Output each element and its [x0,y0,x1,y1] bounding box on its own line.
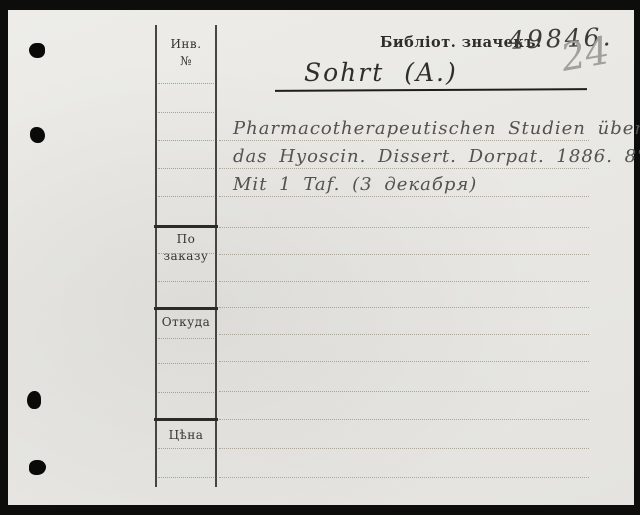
ruled-line [219,391,589,392]
punch-hole [29,43,45,58]
title-line: Pharmacotherapeutischen Studien über [233,118,640,139]
ruled-line [219,168,589,169]
column-label-by-order: По заказу [155,231,217,266]
column-label-inventory-number: Инв. № [155,36,217,71]
ruled-line [158,196,214,197]
ruled-line [219,196,589,197]
column-label-origin: Откуда [155,314,217,331]
ruled-line [158,140,214,141]
punch-hole [30,127,45,143]
punch-hole [29,460,46,475]
scanned-catalog-card-page: Инв. № По заказу Откуда Цѣна Б [0,0,640,515]
column-divider [154,307,218,310]
ruled-line [219,477,589,478]
catalog-card: Инв. № По заказу Откуда Цѣна Б [8,10,634,505]
ruled-line [158,253,214,254]
pencil-annotation: 24 [558,28,613,80]
ruled-line [219,254,589,255]
ruled-line [219,281,589,282]
ruled-line [219,334,589,335]
ruled-line [219,307,589,308]
ruled-line [219,140,589,141]
ruled-line [158,477,214,478]
ruled-line [219,448,589,449]
ruled-line [219,361,589,362]
ruled-line [158,392,214,393]
ruled-line [158,448,214,449]
inventory-label-line1: Инв. [170,37,201,51]
ruled-line [158,363,214,364]
ruled-line [158,338,214,339]
punch-hole [27,391,41,409]
column-divider [154,418,218,421]
heading-underline [275,88,587,92]
inventory-label-line2: № [180,54,192,68]
ruled-line [158,168,214,169]
ruled-line [219,227,589,228]
title-line: Mit 1 Taf. (3 декабря) [233,174,477,195]
column-divider [154,225,218,228]
ruled-line [158,281,214,282]
column-label-price: Цѣна [155,427,217,444]
ruled-line [158,112,214,113]
ruled-line [219,419,589,420]
ruled-line [158,83,214,84]
author-heading: Sohrt (A.) [304,58,458,87]
title-line: das Hyoscin. Dissert. Dorpat. 1886. 8° [233,146,640,167]
